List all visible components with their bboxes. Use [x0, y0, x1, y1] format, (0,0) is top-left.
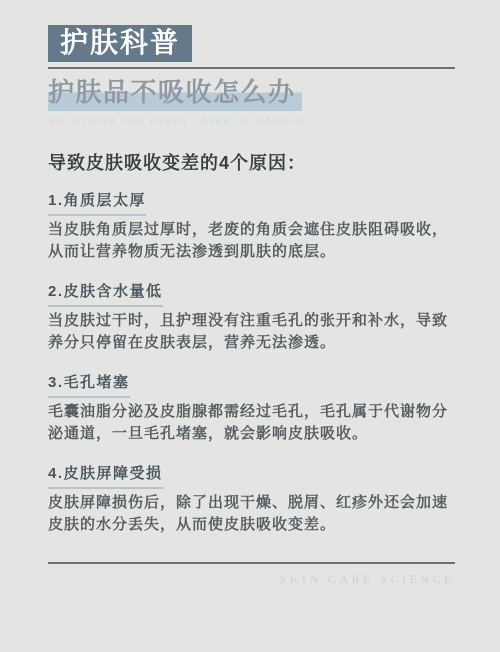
- section-body: 皮肤屏障损伤后，除了出现干燥、脱屑、红疹外还会加速皮肤的水分丢失，从而使皮肤吸收…: [48, 492, 455, 536]
- footer-watermark: SKIN CARE SCIENCE: [48, 572, 455, 587]
- section-damaged-skin-barrier: 4.皮肤屏障受损 皮肤屏障损伤后，除了出现干燥、脱屑、红疹外还会加速皮肤的水分丢…: [48, 465, 455, 536]
- section-clogged-pores: 3.毛孔堵塞 毛囊油脂分泌及皮脂腺都需经过毛孔，毛孔属于代谢物分泌通道，一旦毛孔…: [48, 374, 455, 445]
- poster-canvas: 护肤科普 护肤品不吸收怎么办 SOLUTIONS FOR EVERY LAYER…: [0, 0, 500, 652]
- page-title: 护肤品不吸收怎么办: [48, 77, 302, 111]
- badge-skincare-science: 护肤科普: [48, 25, 192, 62]
- section-body: 当皮肤过干时，且护理没有注重毛孔的张开和补水，导致养分只停留在皮肤表层，营养无法…: [48, 310, 455, 354]
- section-title: 2.皮肤含水量低: [48, 284, 163, 307]
- section-body: 毛囊油脂分泌及皮脂腺都需经过毛孔，毛孔属于代谢物分泌通道，一旦毛孔堵塞，就会影响…: [48, 401, 455, 445]
- section-title: 3.毛孔堵塞: [48, 375, 130, 398]
- top-divider-rule: [48, 67, 455, 69]
- title-row: 护肤品不吸收怎么办: [48, 77, 455, 112]
- section-body: 当皮肤角质层过厚时，老废的角质会遮住皮肤阻碍吸收，从而让营养物质无法渗透到肌肤的…: [48, 219, 455, 263]
- reasons-heading: 导致皮肤吸收变差的4个原因：: [48, 154, 455, 172]
- section-thick-stratum-corneum: 1.角质层太厚 当皮肤角质层过厚时，老废的角质会遮住皮肤阻碍吸收，从而让营养物质…: [48, 192, 455, 263]
- english-tagline: SOLUTIONS FOR EVERY LAYER OF DAMAGE: [48, 116, 455, 127]
- section-title: 4.皮肤屏障受损: [48, 466, 163, 489]
- section-low-skin-hydration: 2.皮肤含水量低 当皮肤过干时，且护理没有注重毛孔的张开和补水，导致养分只停留在…: [48, 283, 455, 354]
- bottom-divider-rule: [48, 562, 455, 564]
- section-title: 1.角质层太厚: [48, 193, 146, 216]
